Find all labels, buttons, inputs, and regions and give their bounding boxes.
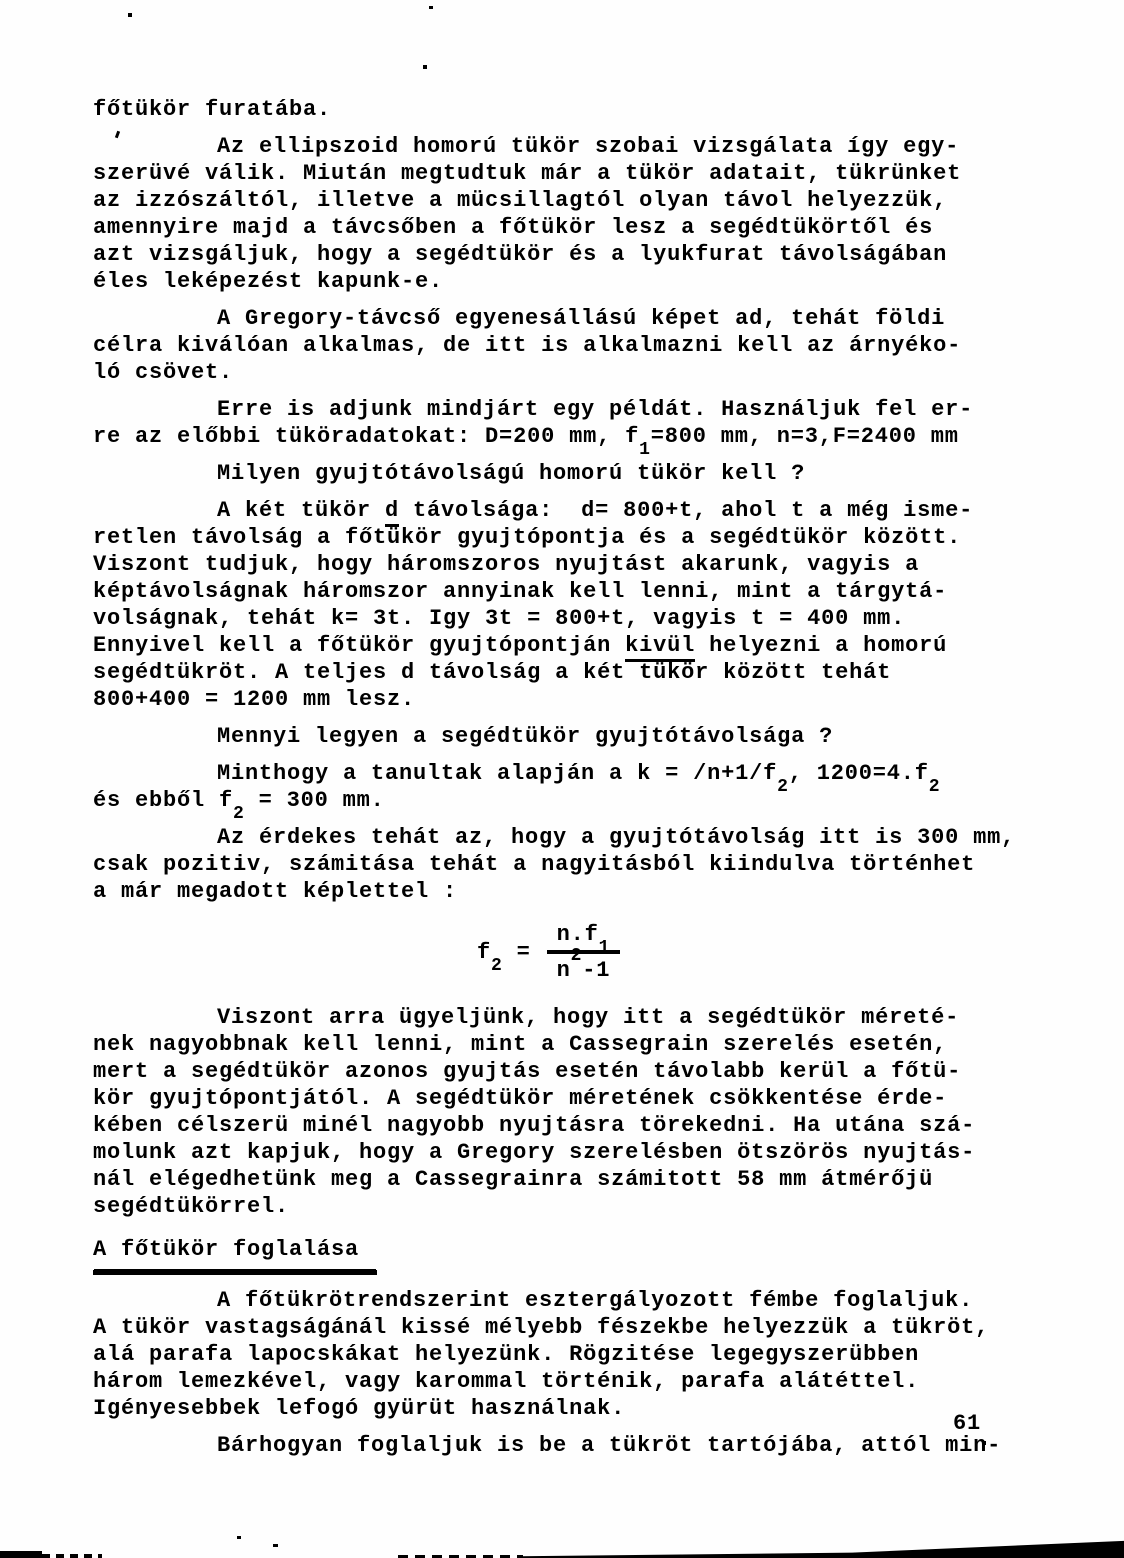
paragraph: Milyen gyujtótávolságú homorú tükör kell… [93, 460, 1028, 487]
text-line: Mennyi legyen a segédtükör gyujtótávolsá… [93, 723, 1028, 750]
text-line: A két tükör d távolsága: d= 800+t, ahol … [93, 497, 1028, 524]
scan-speck [273, 1544, 278, 1547]
scan-speck [429, 6, 433, 9]
scan-edge-artifact [42, 1554, 102, 1558]
text-line: főtükör furatába. [93, 96, 1028, 123]
text-line: Igényesebbek lefogó gyürüt használnak. [93, 1395, 1028, 1422]
formula-numerator: n.f1 [547, 921, 621, 950]
paragraph: Minthogy a tanultak alapján a k = /n+1/f… [93, 760, 1028, 814]
text-line: retlen távolság a főtükör gyujtópontja é… [93, 524, 1028, 551]
text-line: Viszont arra ügyeljünk, hogy itt a segéd… [93, 1004, 1028, 1031]
text-line: alá parafa lapocskákat helyezünk. Rögzit… [93, 1341, 1028, 1368]
text-line: segédtükörrel. [93, 1193, 1028, 1220]
text-line: célra kiválóan alkalmas, de itt is alkal… [93, 332, 1028, 359]
formula-lhs: f2 = [477, 939, 531, 966]
text-line: képtávolságnak háromszor annyinak kell l… [93, 578, 1028, 605]
text-line: azt vizsgáljuk, hogy a segédtükör és a l… [93, 241, 1028, 268]
document-body: főtükör furatába.Az ellipszoid homorú tü… [93, 96, 1028, 1469]
scanned-page: főtükör furatába.Az ellipszoid homorú tü… [0, 0, 1124, 1558]
text-line: segédtükröt. A teljes d távolság a két t… [93, 659, 1028, 686]
section-heading: A főtükör foglalása [93, 1236, 1028, 1275]
text-line: volságnak, tehát k= 3t. Igy 3t = 800+t, … [93, 605, 1028, 632]
page-number: 61 [953, 1410, 981, 1437]
paragraph: A főtükrötrendszerint esztergályozott fé… [93, 1287, 1028, 1422]
scan-speck [423, 65, 427, 69]
text-line: ló csövet. [93, 359, 1028, 386]
text-line: éles leképezést kapunk-e. [93, 268, 1028, 295]
text-line: három lemezkével, vagy karommal történik… [93, 1368, 1028, 1395]
text-line: és ebből f2 = 300 mm. [93, 787, 1028, 814]
paragraph: Bárhogyan foglaljuk is be a tükröt tartó… [93, 1432, 1028, 1459]
text-line: Erre is adjunk mindjárt egy példát. Hasz… [93, 396, 1028, 423]
paragraph: A két tükör d távolsága: d= 800+t, ahol … [93, 497, 1028, 713]
text-line: Milyen gyujtótávolságú homorú tükör kell… [93, 460, 1028, 487]
scan-speck [982, 1441, 986, 1445]
heading-underline [93, 1270, 377, 1275]
paragraph: főtükör furatába. [93, 96, 1028, 123]
text-line: kében célszerü minél nagyobb nyujtásra t… [93, 1112, 1028, 1139]
formula: f2 =n.f1n2-1 [477, 921, 1028, 984]
text-line: Viszont tudjuk, hogy háromszoros nyujtás… [93, 551, 1028, 578]
text-line: A Gregory-távcső egyenesállású képet ad,… [93, 305, 1028, 332]
text-line: kör gyujtópontjától. A segédtükör méreté… [93, 1085, 1028, 1112]
text-line: A tükör vastagságánál kissé mélyebb fész… [93, 1314, 1028, 1341]
text-line: Bárhogyan foglaljuk is be a tükröt tartó… [93, 1432, 1028, 1459]
text-line: Ennyivel kell a főtükör gyujtópontján ki… [93, 632, 1028, 659]
text-line: Az érdekes tehát az, hogy a gyujtótávols… [93, 824, 1028, 851]
paragraph: Mennyi legyen a segédtükör gyujtótávolsá… [93, 723, 1028, 750]
text-line: amennyire majd a távcsőben a főtükör les… [93, 214, 1028, 241]
text-line: nál elégedhetünk meg a Cassegrainra szám… [93, 1166, 1028, 1193]
text-line: szerüvé válik. Miután megtudtuk már a tü… [93, 160, 1028, 187]
text-line: molunk azt kapjuk, hogy a Gregory szerel… [93, 1139, 1028, 1166]
paragraph: Az érdekes tehát az, hogy a gyujtótávols… [93, 824, 1028, 905]
text-line: Minthogy a tanultak alapján a k = /n+1/f… [93, 760, 1028, 787]
text-line: az izzószáltól, illetve a mücsillagtól o… [93, 187, 1028, 214]
scan-speck [237, 1536, 241, 1539]
paragraph: Erre is adjunk mindjárt egy példát. Hasz… [93, 396, 1028, 450]
scan-edge-artifact [0, 1551, 42, 1558]
text-line: re az előbbi tüköradatokat: D=200 mm, f1… [93, 423, 1028, 450]
scan-edge-artifact [520, 1540, 1124, 1558]
formula-fraction: n.f1n2-1 [547, 921, 621, 984]
text-line: nek nagyobbnak kell lenni, mint a Casseg… [93, 1031, 1028, 1058]
text-line: A főtükör foglalása [93, 1236, 1028, 1263]
formula-denominator: n2-1 [555, 954, 613, 984]
text-line: csak pozitiv, számitása tehát a nagyitás… [93, 851, 1028, 878]
text-line: mert a segédtükör azonos gyujtás esetén … [93, 1058, 1028, 1085]
scan-speck [128, 13, 132, 17]
text-line: a már megadott képlettel : [93, 878, 1028, 905]
paragraph: Viszont arra ügyeljünk, hogy itt a segéd… [93, 1004, 1028, 1220]
text-line: Az ellipszoid homorú tükör szobai vizsgá… [93, 133, 1028, 160]
paragraph: Az ellipszoid homorú tükör szobai vizsgá… [93, 133, 1028, 295]
text-line: 800+400 = 1200 mm lesz. [93, 686, 1028, 713]
text-line: A főtükrötrendszerint esztergályozott fé… [93, 1287, 1028, 1314]
paragraph: A Gregory-távcső egyenesállású képet ad,… [93, 305, 1028, 386]
